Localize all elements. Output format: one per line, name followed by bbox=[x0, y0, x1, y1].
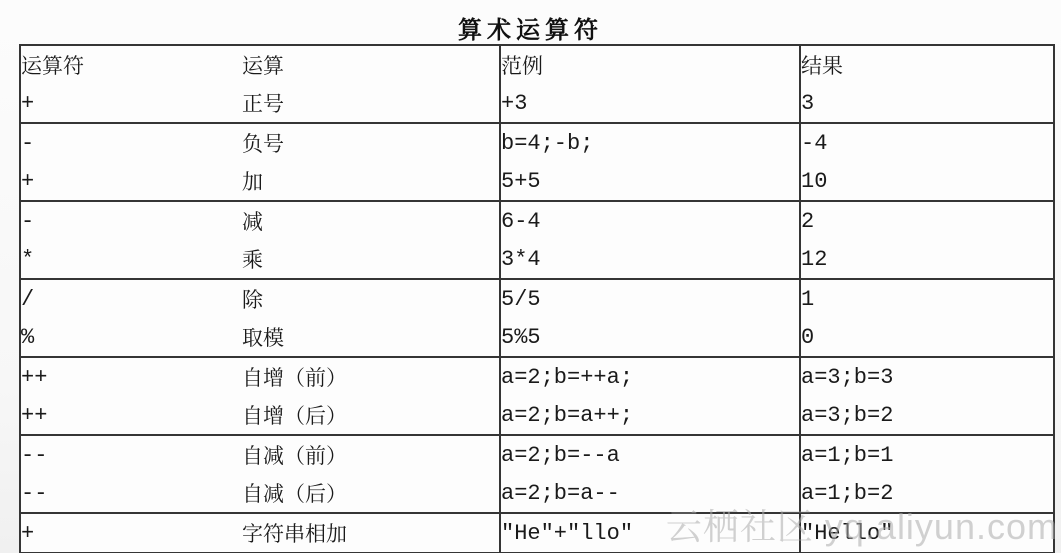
cell-operation: 负号 bbox=[242, 123, 500, 162]
cell-example: a=2;b=a++; bbox=[500, 396, 800, 435]
cell-result: a=1;b=2 bbox=[800, 474, 1054, 513]
table-row: - 负号 b=4;-b; -4 bbox=[20, 123, 1054, 162]
cell-result: a=1;b=1 bbox=[800, 435, 1054, 474]
cell-operator: - bbox=[20, 123, 242, 162]
operators-table: 运算符 运算 范例 结果 + 正号 +3 3 - 负号 b=4;-b; -4 +… bbox=[19, 44, 1055, 553]
col-header-example: 范例 bbox=[500, 45, 800, 84]
cell-operation: 字符串相加 bbox=[242, 513, 500, 553]
table-row: % 取模 5%5 0 bbox=[20, 318, 1054, 357]
cell-operation: 取模 bbox=[242, 318, 500, 357]
cell-operator: -- bbox=[20, 474, 242, 513]
table-row: + 加 5+5 10 bbox=[20, 162, 1054, 201]
cell-result: a=3;b=3 bbox=[800, 357, 1054, 396]
cell-operator: - bbox=[20, 201, 242, 240]
cell-operator: * bbox=[20, 240, 242, 279]
cell-operator: -- bbox=[20, 435, 242, 474]
cell-operator: % bbox=[20, 318, 242, 357]
cell-operation: 减 bbox=[242, 201, 500, 240]
cell-result: 0 bbox=[800, 318, 1054, 357]
cell-operator: + bbox=[20, 84, 242, 123]
col-header-result: 结果 bbox=[800, 45, 1054, 84]
cell-operation: 自增（后） bbox=[242, 396, 500, 435]
cell-example: a=2;b=++a; bbox=[500, 357, 800, 396]
table-row: ++ 自增（前） a=2;b=++a; a=3;b=3 bbox=[20, 357, 1054, 396]
cell-result: -4 bbox=[800, 123, 1054, 162]
cell-example: b=4;-b; bbox=[500, 123, 800, 162]
table-row: - 减 6-4 2 bbox=[20, 201, 1054, 240]
col-header-operator: 运算符 bbox=[20, 45, 242, 84]
cell-operation: 正号 bbox=[242, 84, 500, 123]
cell-operation: 自减（后） bbox=[242, 474, 500, 513]
cell-operation: 加 bbox=[242, 162, 500, 201]
col-header-operation: 运算 bbox=[242, 45, 500, 84]
page-title: 算术运算符 bbox=[0, 10, 1061, 45]
table-row: -- 自减（后） a=2;b=a-- a=1;b=2 bbox=[20, 474, 1054, 513]
cell-example: 6-4 bbox=[500, 201, 800, 240]
table-row: ++ 自增（后） a=2;b=a++; a=3;b=2 bbox=[20, 396, 1054, 435]
cell-result: 1 bbox=[800, 279, 1054, 318]
cell-operator: ++ bbox=[20, 396, 242, 435]
cell-example: 5%5 bbox=[500, 318, 800, 357]
cell-operation: 自减（前） bbox=[242, 435, 500, 474]
table-row: + 正号 +3 3 bbox=[20, 84, 1054, 123]
cell-example: ″He″+″llo″ bbox=[500, 513, 800, 553]
cell-example: 3*4 bbox=[500, 240, 800, 279]
table-row: / 除 5/5 1 bbox=[20, 279, 1054, 318]
cell-result: ″Hello″ bbox=[800, 513, 1054, 553]
cell-operator: + bbox=[20, 162, 242, 201]
cell-operator: ++ bbox=[20, 357, 242, 396]
cell-result: 3 bbox=[800, 84, 1054, 123]
cell-result: 2 bbox=[800, 201, 1054, 240]
cell-result: 10 bbox=[800, 162, 1054, 201]
cell-example: a=2;b=a-- bbox=[500, 474, 800, 513]
table-row: + 字符串相加 ″He″+″llo″ ″Hello″ bbox=[20, 513, 1054, 553]
cell-operator: / bbox=[20, 279, 242, 318]
cell-example: +3 bbox=[500, 84, 800, 123]
cell-operator: + bbox=[20, 513, 242, 553]
cell-example: 5+5 bbox=[500, 162, 800, 201]
cell-operation: 乘 bbox=[242, 240, 500, 279]
cell-example: a=2;b=--a bbox=[500, 435, 800, 474]
cell-example: 5/5 bbox=[500, 279, 800, 318]
table-row: * 乘 3*4 12 bbox=[20, 240, 1054, 279]
cell-operation: 除 bbox=[242, 279, 500, 318]
table-row: -- 自减（前） a=2;b=--a a=1;b=1 bbox=[20, 435, 1054, 474]
cell-operation: 自增（前） bbox=[242, 357, 500, 396]
cell-result: 12 bbox=[800, 240, 1054, 279]
cell-result: a=3;b=2 bbox=[800, 396, 1054, 435]
table-header-row: 运算符 运算 范例 结果 bbox=[20, 45, 1054, 84]
